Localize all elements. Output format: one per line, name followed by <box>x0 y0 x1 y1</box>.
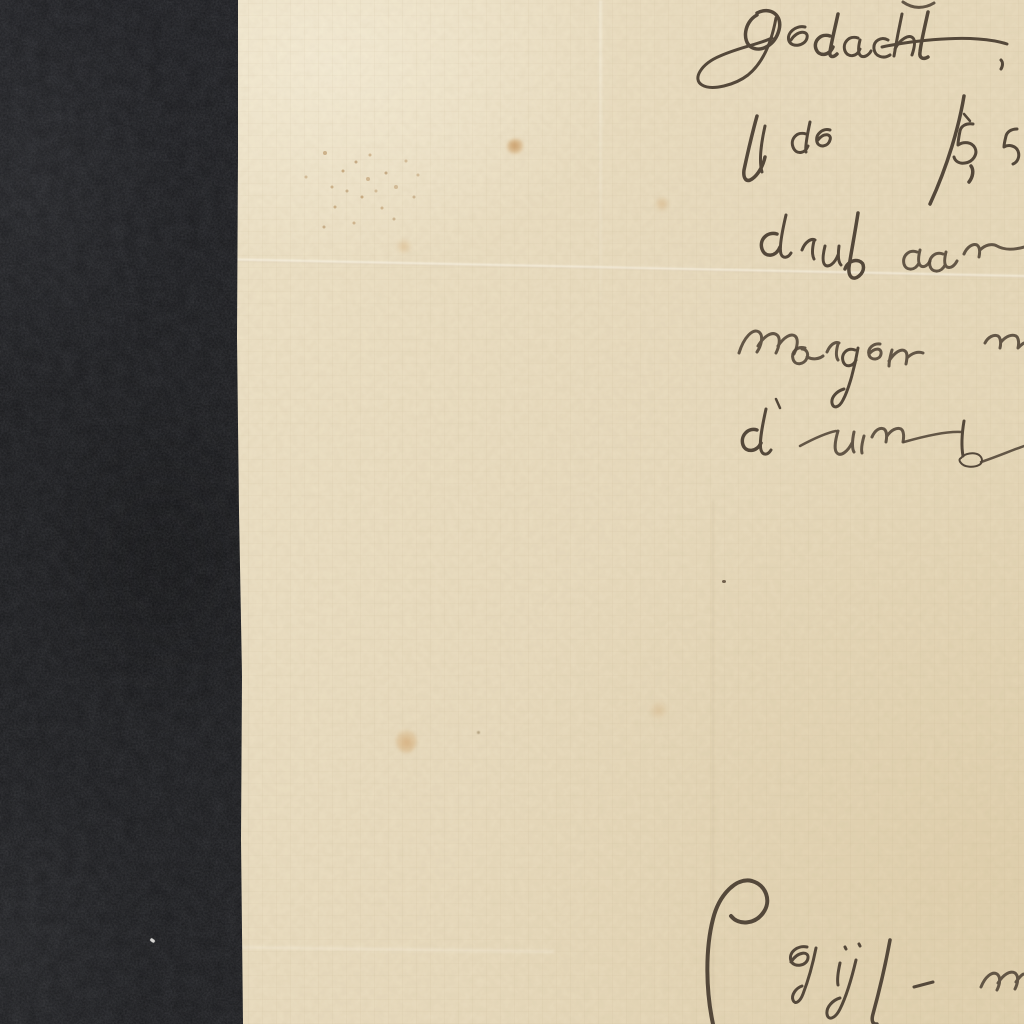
foxing-stain <box>654 196 670 212</box>
ink-speck <box>722 580 726 583</box>
letter-photograph <box>0 0 1024 1024</box>
felt-background <box>0 0 270 1024</box>
felt-shadow-texture <box>0 0 270 1024</box>
foxing-stain <box>396 238 412 255</box>
paper-grain-texture <box>234 0 1024 1024</box>
foxing-stain <box>396 728 417 753</box>
foxing-stain <box>649 700 668 721</box>
small-stain-dot <box>477 731 480 734</box>
vertical-crease-bottom <box>712 500 714 1024</box>
foxing-stain <box>507 139 524 154</box>
letter-page <box>234 0 1024 1024</box>
vertical-crease-top <box>599 0 602 305</box>
